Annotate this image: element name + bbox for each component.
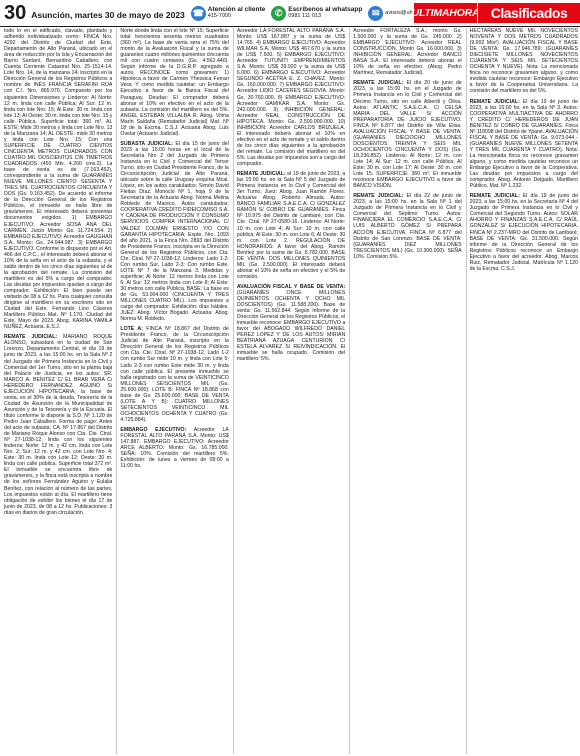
page-header: 30 Asunción, martes 30 de mayo de 2023 ☎…	[0, 0, 580, 26]
headset-icon: ☎	[191, 6, 206, 21]
ad-body: FINCA Nº 18.867 del Distrito de Presiden…	[120, 326, 228, 423]
ad-body: Acreedor LA FORESTAL ALTO PARANÁ S.A. Mo…	[237, 28, 345, 167]
classified-ad: REMATE JUDICIAL: El día 19 de junio de 2…	[470, 99, 578, 190]
classifieds-page: 30 Asunción, martes 30 de mayo de 2023 ☎…	[0, 0, 580, 756]
email-icon: ✉	[368, 6, 383, 21]
ad-body: El día 19 de junio de 2023, a las 15:00 …	[470, 193, 578, 272]
logo-text: ULTIMAHORA	[412, 7, 480, 19]
column-2: Norte donde linda con el lote Nº 15; Sup…	[116, 28, 228, 754]
ad-body: MARIANO ROQUE ALONSO, subastará en la ci…	[4, 334, 112, 515]
section-title: Clasificados	[491, 5, 567, 21]
classified-ad: Norte donde linda con el lote Nº 15; Sup…	[120, 28, 228, 137]
classified-ad: todo lo en el edificado, clavado, planta…	[4, 28, 112, 330]
classified-ad: SUBASTA JUDICIAL: El día 15 de junio del…	[120, 141, 228, 322]
classified-ad: EMBARGO EJECUTIVO: Acreedor LA FORESTAL …	[120, 427, 228, 469]
header-divider	[0, 26, 580, 27]
ad-body: El día 15 de junio del 2023 a las 15:00 …	[120, 141, 228, 322]
newspaper-logo: ULTIMAHORA	[414, 3, 477, 23]
page-number: 30	[4, 1, 26, 25]
classified-ad: REMATE JUDICIAL: El día 22 de junio de 2…	[353, 193, 461, 260]
classifieds-columns: todo lo en el edificado, clavado, planta…	[4, 28, 578, 754]
classified-ad: Acreedor FORTALEZA S.A.; monto Gs. 1.500…	[353, 28, 461, 76]
column-4: Acreedor FORTALEZA S.A.; monto Gs. 1.500…	[349, 28, 461, 754]
column-5: HECTÁREAS NUEVE MIL NOVECIENTOS NOVENTA …	[466, 28, 578, 754]
issue-date: Asunción, martes 30 de mayo de 2023	[31, 10, 185, 20]
contact-whatsapp: ✆ Escríbenos al whatsapp 0981 111 013	[271, 6, 362, 21]
ad-body: Acreedor FORTALEZA S.A.; monto Gs. 1.500…	[353, 28, 461, 76]
ad-body: todo lo en el edificado, clavado, planta…	[4, 28, 112, 330]
contact-label: Atención al cliente	[208, 6, 265, 13]
contact-customer-service: ☎ Atención al cliente 415-7000	[191, 6, 265, 21]
contact-phone: 415-7000	[208, 13, 231, 19]
whatsapp-icon: ✆	[271, 6, 286, 21]
classified-ad: LOTE A: FINCA Nº 18.867 del Distrito de …	[120, 326, 228, 423]
classified-ad: REMATE JUDICIAL: MARIANO ROQUE ALONSO, s…	[4, 334, 112, 515]
column-3: Acreedor LA FORESTAL ALTO PARANÁ S.A. Mo…	[233, 28, 345, 754]
contact-label: Escríbenos al whatsapp	[288, 6, 362, 13]
ad-body: Acreedor LA FORESTAL ALTO PARANÁ S.A. Mo…	[120, 427, 228, 469]
classified-ad: REMATE JUDICIAL: El día 19 de junio de 2…	[470, 193, 578, 272]
column-1: todo lo en el edificado, clavado, planta…	[4, 28, 112, 754]
ad-body: Norte donde linda con el lote Nº 15; Sup…	[120, 28, 228, 137]
classified-ad: REMATE JUDICIAL: El día 20 de junio de 2…	[353, 80, 461, 189]
ad-body: El día 22 de junio de 2023, a las 15:00 …	[353, 193, 461, 259]
contact-whatsapp-number: 0981 111 013	[288, 13, 321, 19]
classified-ad: REMATE JUDICIAL: el 19 de junio de 2023,…	[237, 171, 345, 280]
classified-ad: HECTÁREAS NUEVE MIL NOVECIENTOS NOVENTA …	[470, 28, 578, 95]
ad-body: el 19 de junio de 2023, a las 15:00 hs. …	[237, 171, 345, 280]
ad-body: El día 20 de junio de 2023, a las 15:00 …	[353, 80, 461, 189]
classified-ad: AVALUACIÓN FISCAL Y BASE DE VENTA: (GUAR…	[237, 284, 345, 363]
section-banner: Clasificados	[478, 3, 580, 23]
ad-body: El día 19 de junio de 2023, a las 15:00 …	[470, 99, 578, 190]
ad-body: HECTÁREAS NUEVE MIL NOVECIENTOS NOVENTA …	[470, 28, 578, 94]
classified-ad: Acreedor LA FORESTAL ALTO PARANÁ S.A. Mo…	[237, 28, 345, 167]
ad-body: (GUARANÍES ONCE MILLONES QUINIENTOS OCHE…	[237, 290, 345, 363]
